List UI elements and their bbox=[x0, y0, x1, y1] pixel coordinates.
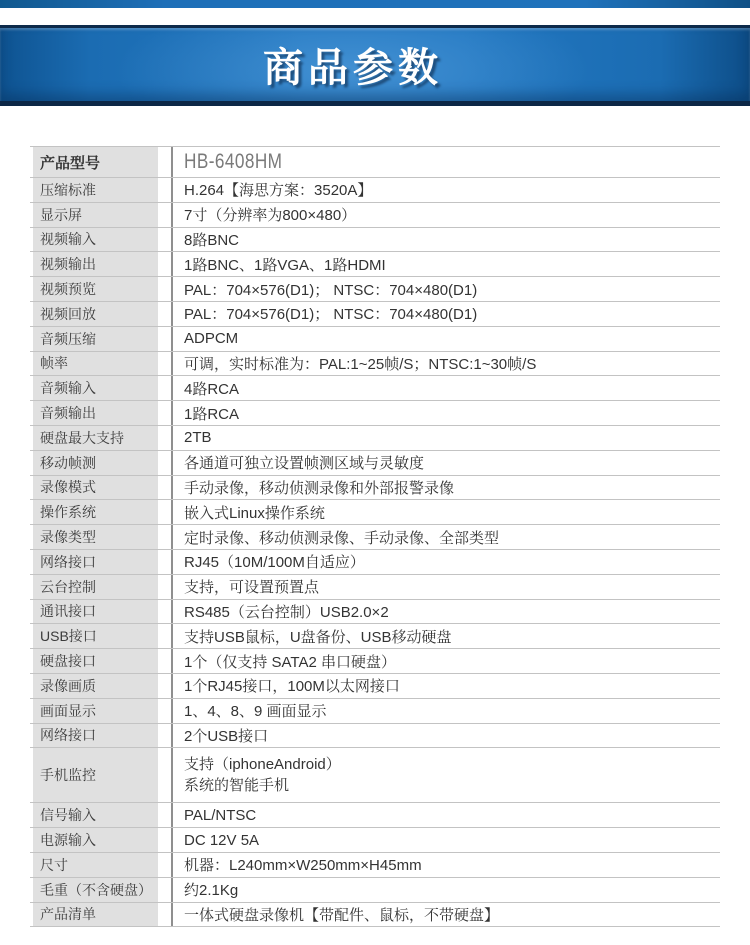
spec-label: 录像类型 bbox=[33, 525, 158, 549]
table-row: 录像模式手动录像，移动侦测录像和外部报警录像 bbox=[30, 476, 720, 501]
spec-label-cell: 电源输入 bbox=[30, 828, 173, 852]
spec-value: 2TB bbox=[173, 426, 720, 450]
table-row: 信号输入PAL/NTSC bbox=[30, 803, 720, 828]
table-row: 压缩标准H.264【海思方案：3520A】 bbox=[30, 178, 720, 203]
spec-label: 手机监控 bbox=[33, 748, 158, 802]
table-row: 音频输入4路RCA bbox=[30, 376, 720, 401]
spec-value: 定时录像、移动侦测录像、手动录像、全部类型 bbox=[173, 525, 720, 549]
table-row: 手机监控支持（iphoneAndroid）系统的智能手机 bbox=[30, 748, 720, 803]
spec-label: 显示屏 bbox=[33, 203, 158, 227]
table-row: 视频预览PAL：704×576(D1)； NTSC：704×480(D1) bbox=[30, 277, 720, 302]
spec-value: 1路BNC、1路VGA、1路HDMI bbox=[173, 252, 720, 276]
spec-label: 硬盘接口 bbox=[33, 649, 158, 673]
spec-label-cell: USB接口 bbox=[30, 624, 173, 648]
spec-label-cell: 毛重（不含硬盘） bbox=[30, 878, 173, 902]
table-row: 视频输出1路BNC、1路VGA、1路HDMI bbox=[30, 252, 720, 277]
spec-value: 8路BNC bbox=[173, 228, 720, 252]
spec-value-line: 系统的智能手机 bbox=[184, 775, 289, 796]
spec-value: 1个RJ45接口，100M以太网接口 bbox=[173, 674, 720, 698]
table-row: 产品型号HB-6408HM bbox=[30, 147, 720, 178]
spec-value-line: 支持（iphoneAndroid） bbox=[184, 754, 341, 775]
table-row: 云台控制支持，可设置预置点 bbox=[30, 575, 720, 600]
spec-label-cell: 手机监控 bbox=[30, 748, 173, 802]
table-row: 录像类型定时录像、移动侦测录像、手动录像、全部类型 bbox=[30, 525, 720, 550]
spec-label: 视频输入 bbox=[33, 228, 158, 252]
spec-label: 产品清单 bbox=[33, 903, 158, 927]
spec-label: 电源输入 bbox=[33, 828, 158, 852]
spec-label-cell: 信号输入 bbox=[30, 803, 173, 827]
table-row: 网络接口RJ45（10M/100M自适应） bbox=[30, 550, 720, 575]
table-row: 音频输出1路RCA bbox=[30, 401, 720, 426]
spec-label-cell: 产品型号 bbox=[30, 147, 173, 177]
spec-label: 帧率 bbox=[33, 352, 158, 376]
spec-value: 可调，实时标准为：PAL:1~25帧/S；NTSC:1~30帧/S bbox=[173, 352, 720, 376]
spec-label: 视频预览 bbox=[33, 277, 158, 301]
table-row: 尺寸机器：L240mm×W250mm×H45mm bbox=[30, 853, 720, 878]
spec-label: 毛重（不含硬盘） bbox=[33, 878, 158, 902]
spec-label-cell: 尺寸 bbox=[30, 853, 173, 877]
spec-value: DC 12V 5A bbox=[173, 828, 720, 852]
spec-value: 1、4、8、9 画面显示 bbox=[173, 699, 720, 723]
table-row: 画面显示1、4、8、9 画面显示 bbox=[30, 699, 720, 724]
table-row: 移动帧测各通道可独立设置帧测区域与灵敏度 bbox=[30, 451, 720, 476]
table-row: 显示屏7寸（分辨率为800×480） bbox=[30, 203, 720, 228]
spec-label-cell: 视频输入 bbox=[30, 228, 173, 252]
spec-value: 嵌入式Linux操作系统 bbox=[173, 500, 720, 524]
spec-label: 硬盘最大支持 bbox=[33, 426, 158, 450]
spec-value: 2个USB接口 bbox=[173, 724, 720, 748]
spec-value: PAL：704×576(D1)； NTSC：704×480(D1) bbox=[173, 302, 720, 326]
spec-label-cell: 视频回放 bbox=[30, 302, 173, 326]
page: 商品参数 产品型号HB-6408HM压缩标准H.264【海思方案：3520A】显… bbox=[0, 0, 750, 945]
table-row: 视频回放PAL：704×576(D1)； NTSC：704×480(D1) bbox=[30, 302, 720, 327]
spec-value: 1个（仅支持 SATA2 串口硬盘） bbox=[173, 649, 720, 673]
spec-label-cell: 网络接口 bbox=[30, 550, 173, 574]
spec-label-cell: 录像画质 bbox=[30, 674, 173, 698]
spec-label: 音频输出 bbox=[33, 401, 158, 425]
spec-value: PAL：704×576(D1)； NTSC：704×480(D1) bbox=[173, 277, 720, 301]
spec-label: 尺寸 bbox=[33, 853, 158, 877]
spec-label-cell: 硬盘接口 bbox=[30, 649, 173, 673]
spec-label-cell: 录像模式 bbox=[30, 476, 173, 500]
spec-value: HB-6408HM bbox=[173, 147, 720, 177]
spec-label: USB接口 bbox=[33, 624, 158, 648]
table-row: 录像画质1个RJ45接口，100M以太网接口 bbox=[30, 674, 720, 699]
spec-label: 移动帧测 bbox=[33, 451, 158, 475]
spec-label-cell: 网络接口 bbox=[30, 724, 173, 748]
spec-value: 支持（iphoneAndroid）系统的智能手机 bbox=[173, 748, 720, 802]
spec-value: RS485（云台控制）USB2.0×2 bbox=[173, 600, 720, 624]
spec-label: 通讯接口 bbox=[33, 600, 158, 624]
spec-label-cell: 视频输出 bbox=[30, 252, 173, 276]
table-row: 网络接口2个USB接口 bbox=[30, 724, 720, 749]
spec-value: 支持，可设置预置点 bbox=[173, 575, 720, 599]
spec-label-cell: 视频预览 bbox=[30, 277, 173, 301]
table-row: 视频输入8路BNC bbox=[30, 228, 720, 253]
spec-label-cell: 音频输出 bbox=[30, 401, 173, 425]
spec-value: 机器：L240mm×W250mm×H45mm bbox=[173, 853, 720, 877]
spec-label: 操作系统 bbox=[33, 500, 158, 524]
table-row: 操作系统嵌入式Linux操作系统 bbox=[30, 500, 720, 525]
table-row: 通讯接口RS485（云台控制）USB2.0×2 bbox=[30, 600, 720, 625]
spec-value: 一体式硬盘录像机【带配件、鼠标，不带硬盘】 bbox=[173, 903, 720, 927]
section-banner: 商品参数 bbox=[0, 25, 750, 106]
spec-value: H.264【海思方案：3520A】 bbox=[173, 178, 720, 202]
table-row: 帧率可调，实时标准为：PAL:1~25帧/S；NTSC:1~30帧/S bbox=[30, 352, 720, 377]
spec-label-cell: 帧率 bbox=[30, 352, 173, 376]
spec-label-cell: 画面显示 bbox=[30, 699, 173, 723]
spec-label: 压缩标准 bbox=[33, 178, 158, 202]
table-row: 硬盘最大支持2TB bbox=[30, 426, 720, 451]
table-row: 硬盘接口1个（仅支持 SATA2 串口硬盘） bbox=[30, 649, 720, 674]
spec-value: RJ45（10M/100M自适应） bbox=[173, 550, 720, 574]
spec-label: 画面显示 bbox=[33, 699, 158, 723]
table-row: 电源输入DC 12V 5A bbox=[30, 828, 720, 853]
spec-label: 视频输出 bbox=[33, 252, 158, 276]
spec-label: 网络接口 bbox=[33, 550, 158, 574]
spec-label: 录像画质 bbox=[33, 674, 158, 698]
spec-label-cell: 音频压缩 bbox=[30, 327, 173, 351]
spec-label-cell: 通讯接口 bbox=[30, 600, 173, 624]
section-title: 商品参数 bbox=[263, 36, 443, 93]
spec-label-cell: 录像类型 bbox=[30, 525, 173, 549]
spec-label: 产品型号 bbox=[33, 147, 158, 177]
table-row: 音频压缩ADPCM bbox=[30, 327, 720, 352]
spec-label-cell: 压缩标准 bbox=[30, 178, 173, 202]
top-blue-strip bbox=[0, 0, 750, 8]
spec-label: 音频输入 bbox=[33, 376, 158, 400]
spec-value: 1路RCA bbox=[173, 401, 720, 425]
spec-label-cell: 显示屏 bbox=[30, 203, 173, 227]
table-row: 产品清单一体式硬盘录像机【带配件、鼠标，不带硬盘】 bbox=[30, 903, 720, 928]
table-row: USB接口支持USB鼠标，U盘备份、USB移动硬盘 bbox=[30, 624, 720, 649]
spec-value: 手动录像，移动侦测录像和外部报警录像 bbox=[173, 476, 720, 500]
spec-value: 4路RCA bbox=[173, 376, 720, 400]
spec-label-cell: 移动帧测 bbox=[30, 451, 173, 475]
table-row: 毛重（不含硬盘）约2.1Kg bbox=[30, 878, 720, 903]
spec-label: 视频回放 bbox=[33, 302, 158, 326]
spec-table: 产品型号HB-6408HM压缩标准H.264【海思方案：3520A】显示屏7寸（… bbox=[30, 146, 720, 927]
spec-label-cell: 硬盘最大支持 bbox=[30, 426, 173, 450]
spec-label: 录像模式 bbox=[33, 476, 158, 500]
spec-label-cell: 音频输入 bbox=[30, 376, 173, 400]
spec-label: 信号输入 bbox=[33, 803, 158, 827]
spec-value: PAL/NTSC bbox=[173, 803, 720, 827]
spec-value: 约2.1Kg bbox=[173, 878, 720, 902]
spec-label: 云台控制 bbox=[33, 575, 158, 599]
spec-value: 支持USB鼠标，U盘备份、USB移动硬盘 bbox=[173, 624, 720, 648]
spec-label-cell: 云台控制 bbox=[30, 575, 173, 599]
spec-label-cell: 产品清单 bbox=[30, 903, 173, 927]
spec-value: ADPCM bbox=[173, 327, 720, 351]
spec-value: 各通道可独立设置帧测区域与灵敏度 bbox=[173, 451, 720, 475]
spec-value: 7寸（分辨率为800×480） bbox=[173, 203, 720, 227]
spec-label: 网络接口 bbox=[33, 724, 158, 748]
spec-label-cell: 操作系统 bbox=[30, 500, 173, 524]
spec-label: 音频压缩 bbox=[33, 327, 158, 351]
